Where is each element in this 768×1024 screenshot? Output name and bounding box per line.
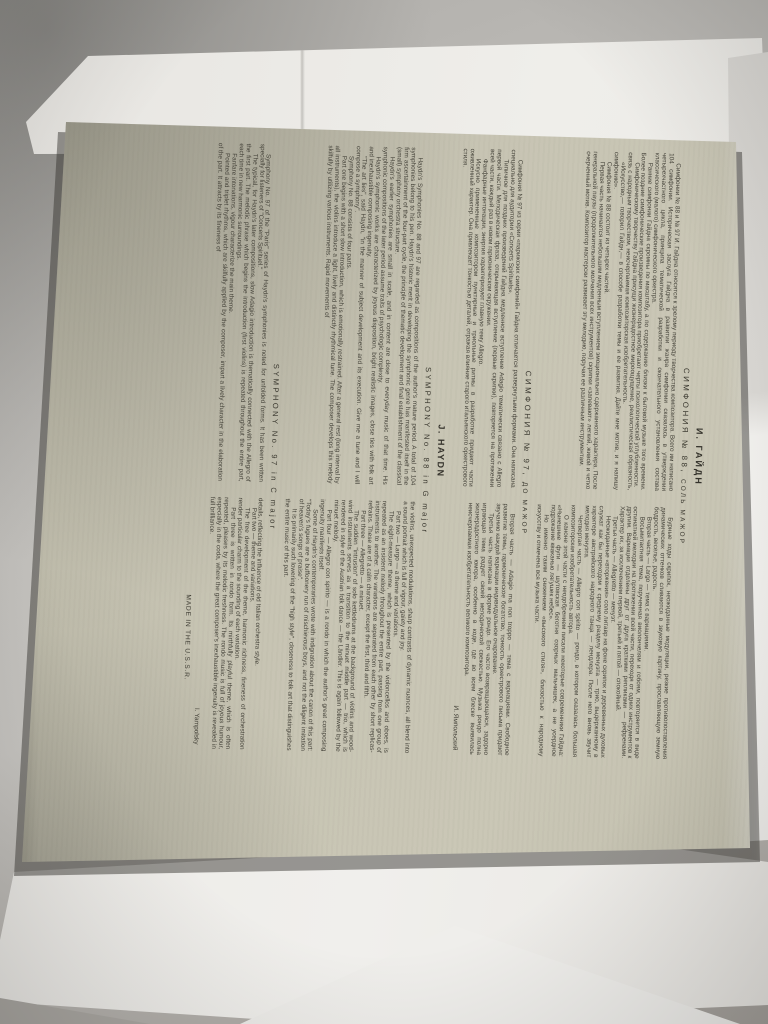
symphony-88-ru-heading-main: СИМФОНИЯ № 88, xyxy=(680,368,691,475)
symphony-88-ru-text: Симфонии № 88 и № 97 И. Гайдна относятся… xyxy=(529,150,681,759)
symphony-88-ru-heading-key: СОЛЬ МАЖОР xyxy=(678,479,686,545)
symphony-97-ru-text: Симфония № 97 из серии «парижских симфон… xyxy=(447,148,523,755)
paragraph: Part three is written in rondo form. Its… xyxy=(202,497,235,750)
symphony-88-en-text: Haydn's Symphonies No. 88 and 97 are reg… xyxy=(278,145,423,754)
symphony-97-ru-heading-main: СИМФОНИЯ № 97, xyxy=(521,371,532,478)
symphony-97-en-right-column: details, reflecting the influence of old… xyxy=(181,496,263,750)
symphony-88-en-left-column: Haydn's Symphonies No. 88 and 97 are reg… xyxy=(284,145,423,486)
symphony-97-ru-left-column: Симфония № 97 из серии «парижских симфон… xyxy=(453,148,523,487)
symphony-88-en-right-column: the violins, unexpected modulations, sha… xyxy=(278,498,415,753)
symphony-97-en-right-paras: details, reflecting the influence of old… xyxy=(202,497,263,750)
symphony-88-ru-left-column: Симфонии № 88 и № 97 И. Гайдна относятся… xyxy=(535,150,681,491)
made-in-ussr-label: MADE IN THE U.S.S.R. xyxy=(181,496,194,748)
symphony-97-ru-right-column: Вторая часть — Adagio ma non troppo — те… xyxy=(447,502,515,755)
symphony-97-ru-right-paras: Вторая часть — Adagio ma non troppo — те… xyxy=(461,503,515,756)
liner-notes-rotated-page: И. ГАЙДН СИМФОНИЯ № 88, СОЛЬ МАЖОР Симфо… xyxy=(73,133,719,767)
symphony-97-ru-heading-key: ДО МАЖОР xyxy=(520,482,528,535)
photo-of-record-sleeve: { "colors":{"sleeve":"#c6c3b2","paper_sh… xyxy=(0,0,768,1024)
paragraph: Третья часть написана в форме рондо. Его… xyxy=(461,503,494,756)
symphony-88-ru-right-column: Бурные ходы скрипок, неожиданные модуляц… xyxy=(529,504,673,759)
symphony-97-en-text: Symphony No. 97 of the "Paris" series of… xyxy=(181,142,271,750)
symphony-97-en-left-column: Symphony No. 97 of the "Paris" series of… xyxy=(188,142,272,482)
